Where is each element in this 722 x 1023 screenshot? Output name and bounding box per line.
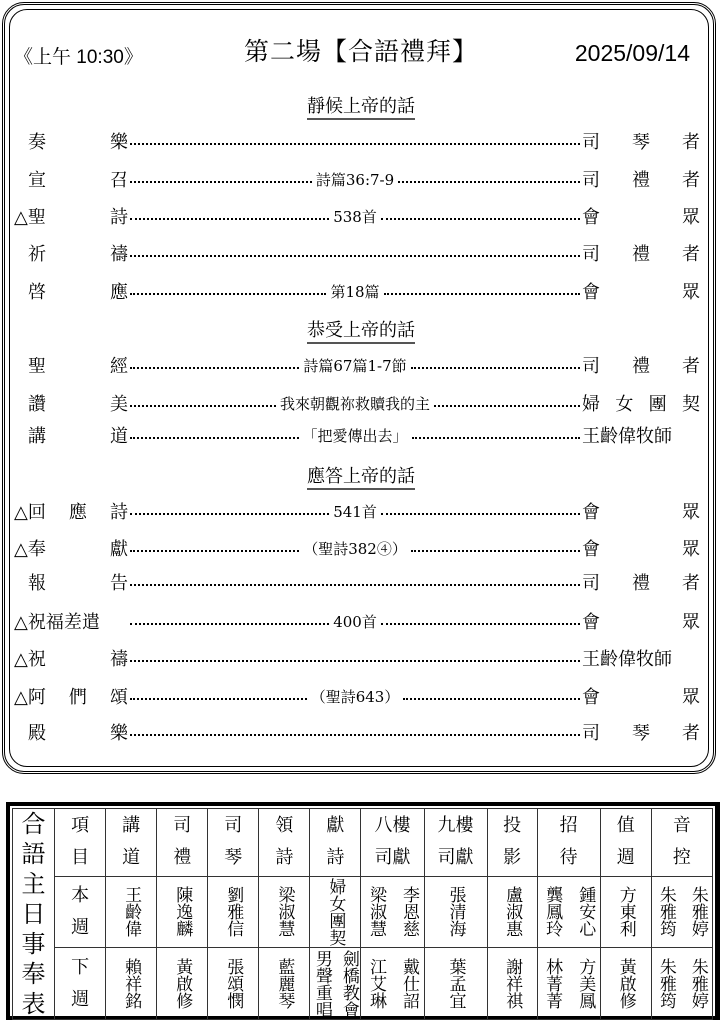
leader-char: 會 (582, 683, 600, 709)
program-item-detail: 541首 (329, 501, 381, 522)
program-row: △回應詩541首會眾 (14, 496, 700, 526)
program-row: 讚美我來朝觀祢救贖我的主婦女團契 (14, 388, 700, 418)
leader-char: 會 (582, 608, 600, 634)
person-name: 黃啟修 (173, 958, 191, 1009)
program-item-label: △阿們頌 (14, 683, 128, 709)
side-title-char: 奉 (13, 959, 54, 989)
leader-char: 眾 (682, 535, 700, 561)
leader-char: 司 (582, 569, 600, 595)
section-heading: 靜候上帝的話 (0, 92, 722, 118)
program-item-label: 聖經 (14, 352, 128, 378)
leader-char: 者 (682, 569, 700, 595)
roster-column-header: 招待 (537, 809, 600, 877)
roster-cell: 梁淑慧 (259, 876, 310, 948)
dot-leader (130, 728, 580, 736)
side-title-char: 合 (13, 809, 54, 839)
person-name: 盧淑惠 (503, 886, 521, 937)
leader-char: 契 (682, 390, 700, 416)
roster-cell: 鍾安心龔鳳玲 (537, 876, 600, 948)
label-char: 祈 (14, 240, 46, 266)
section-heading: 應答上帝的話 (0, 462, 722, 488)
person-name: 謝祥祺 (503, 958, 521, 1009)
program-row: 講道「把愛傳出去」王齡偉牧師 (14, 420, 700, 450)
roster-cell: 黃啟修 (157, 948, 208, 1020)
dot-leader: 我來朝觀祢救贖我的主 (130, 393, 580, 414)
person-name: 朱雅婷 (689, 958, 707, 1009)
program-item-leader: 會眾 (582, 608, 700, 634)
roster-week-label: 本週 (55, 876, 106, 948)
label-char: 報 (14, 569, 46, 595)
program-item-leader: 會眾 (582, 203, 700, 229)
program-item-leader: 婦女團契 (582, 390, 700, 416)
dot-leader (130, 249, 580, 257)
label-char: △祝福差遣 (14, 608, 100, 634)
label-char: 聖 (14, 352, 46, 378)
program-item-leader: 司禮者 (582, 166, 700, 192)
program-item-label: 祈禱 (14, 240, 128, 266)
roster-cell: 陳逸麟 (157, 876, 208, 948)
roster-week-label: 下週 (55, 948, 106, 1020)
dot-leader (130, 654, 580, 662)
duty-roster-table: 合語主日事奉表 項目講道司禮司琴領詩獻詩八樓司獻九樓司獻投影招待值週音控 本週王… (6, 802, 720, 1020)
person-name: 葉孟宜 (447, 958, 465, 1009)
leader-char: 司 (582, 719, 600, 745)
roster-column-header: 司琴 (208, 809, 259, 877)
dot-leader: 詩篇67篇1-7節 (130, 355, 580, 376)
program-row: △聖詩538首會眾 (14, 201, 700, 231)
program-item-label: △奉獻 (14, 535, 128, 561)
person-name: 方東利 (617, 886, 635, 937)
person-name: 婦女團契 (326, 878, 344, 946)
person-name: 男聲重唱 (313, 950, 331, 1018)
program-item-detail: 第18篇 (326, 281, 383, 302)
program-item-detail: （聖詩643） (307, 686, 404, 707)
leader-char: 會 (582, 498, 600, 524)
roster-cell: 張清海 (424, 876, 487, 948)
label-char: △聖 (14, 203, 46, 229)
program-item-label: 宣召 (14, 166, 128, 192)
leader-char: 司 (582, 166, 600, 192)
leader-char: 司 (582, 128, 600, 154)
roster-cell: 方美鳳林菁菁 (537, 948, 600, 1020)
label-char: 應 (110, 278, 128, 304)
label-char: 們 (69, 683, 87, 709)
program-item-label: 啓應 (14, 278, 128, 304)
roster-column-header: 八樓司獻 (361, 809, 424, 877)
roster-cell: 朱雅婷朱雅筠 (651, 948, 712, 1020)
leader-char: 王齡偉牧師 (582, 422, 672, 448)
label-char: 應 (69, 498, 87, 524)
leader-char: 眾 (682, 498, 700, 524)
program-row: 宣召詩篇36:7-9司禮者 (14, 164, 700, 194)
side-title-char: 表 (13, 989, 54, 1019)
program-item-label: 讚美 (14, 390, 128, 416)
label-char: 詩 (110, 203, 128, 229)
dot-leader (130, 137, 580, 145)
person-name: 李恩慈 (400, 886, 418, 937)
leader-char: 者 (682, 128, 700, 154)
label-char: 殿 (14, 719, 46, 745)
program-item-leader: 王齡偉牧師 (582, 422, 700, 448)
person-name: 梁淑慧 (275, 886, 293, 937)
program-item-detail: （聖詩382④） (299, 538, 411, 559)
dot-leader: 「把愛傳出去」 (130, 425, 580, 446)
label-char: 講 (14, 422, 46, 448)
leader-char: 禮 (632, 166, 650, 192)
section-heading-text: 應答上帝的話 (307, 466, 415, 490)
label-char: 啓 (14, 278, 46, 304)
leader-char: 眾 (682, 203, 700, 229)
roster-cell: 李恩慈梁淑慧 (361, 876, 424, 948)
person-name: 劉雅信 (224, 886, 242, 937)
person-name: 劍橋教會 (340, 950, 358, 1018)
leader-char: 王齡偉牧師 (582, 645, 672, 671)
leader-char: 琴 (632, 719, 650, 745)
roster-column-header: 領詩 (259, 809, 310, 877)
program-row: 啓應第18篇會眾 (14, 276, 700, 306)
label-char: 禱 (110, 645, 128, 671)
program-item-leader: 司琴者 (582, 128, 700, 154)
label-char: 宣 (14, 166, 46, 192)
leader-char: 者 (682, 166, 700, 192)
program-item-detail: 400首 (329, 611, 381, 632)
roster-column-header: 項目 (55, 809, 106, 877)
roster-row-next-week: 下週賴祥銘黃啟修張頌憫藍麗琴劍橋教會男聲重唱戴仕詔江艾琳葉孟宜謝祥祺方美鳳林菁菁… (13, 948, 713, 1020)
service-date: 2025/09/14 (575, 40, 690, 67)
program-item-leader: 會眾 (582, 683, 700, 709)
leader-char: 者 (682, 719, 700, 745)
program-item-leader: 王齡偉牧師 (582, 645, 700, 671)
program-row: △阿們頌（聖詩643）會眾 (14, 681, 700, 711)
roster-cell: 盧淑惠 (487, 876, 537, 948)
person-name: 張清海 (447, 886, 465, 937)
header: 《上午 10:30》 第二場【合語禮拜】 2025/09/14 (0, 30, 722, 80)
person-name: 張頌憫 (224, 958, 242, 1009)
roster-header-row: 合語主日事奉表 項目講道司禮司琴領詩獻詩八樓司獻九樓司獻投影招待值週音控 (13, 809, 713, 877)
roster-row-this-week: 本週王齡偉陳逸麟劉雅信梁淑慧婦女團契李恩慈梁淑慧張清海盧淑惠鍾安心龔鳳玲方東利朱… (13, 876, 713, 948)
roster-cell: 張頌憫 (208, 948, 259, 1020)
label-char: 道 (110, 422, 128, 448)
person-name: 朱雅筠 (657, 958, 675, 1009)
person-name: 王齡偉 (122, 886, 140, 937)
program-item-detail: 詩篇67篇1-7節 (299, 355, 410, 376)
roster-cell: 藍麗琴 (259, 948, 310, 1020)
program-item-detail: 詩篇36:7-9 (312, 169, 398, 190)
leader-char: 琴 (632, 128, 650, 154)
roster-column-header: 投影 (487, 809, 537, 877)
leader-char: 團 (649, 390, 667, 416)
program-row: 祈禱司禮者 (14, 238, 700, 268)
label-char: △奉 (14, 535, 46, 561)
label-char: △阿 (14, 683, 46, 709)
program-item-label: 報告 (14, 569, 128, 595)
roster-side-title: 合語主日事奉表 (13, 809, 55, 1020)
dot-leader: 第18篇 (130, 281, 580, 302)
leader-char: 眾 (682, 683, 700, 709)
leader-char: 女 (615, 390, 633, 416)
side-title-char: 事 (13, 929, 54, 959)
program-item-detail: 538首 (329, 206, 381, 227)
person-name: 梁淑慧 (367, 886, 385, 937)
person-name: 朱雅婷 (689, 886, 707, 937)
roster-cell: 葉孟宜 (424, 948, 487, 1020)
label-char: 經 (110, 352, 128, 378)
program-item-label: △祝禱 (14, 645, 128, 671)
program-item-detail: 我來朝觀祢救贖我的主 (276, 393, 434, 414)
person-name: 黃啟修 (617, 958, 635, 1009)
program-item-leader: 會眾 (582, 535, 700, 561)
person-name: 方美鳳 (576, 958, 594, 1009)
label-char: 召 (110, 166, 128, 192)
person-name: 龔鳳玲 (543, 886, 561, 937)
label-char: 奏 (14, 128, 46, 154)
roster-column-header: 講道 (106, 809, 157, 877)
roster-cell: 方東利 (600, 876, 651, 948)
person-name: 賴祥銘 (122, 958, 140, 1009)
leader-char: 禮 (632, 352, 650, 378)
leader-char: 司 (582, 240, 600, 266)
label-char: 頌 (110, 683, 128, 709)
dot-leader (130, 578, 580, 586)
person-name: 戴仕詔 (400, 958, 418, 1009)
program-item-leader: 會眾 (582, 278, 700, 304)
program-item-leader: 司禮者 (582, 569, 700, 595)
program-item-label: 殿樂 (14, 719, 128, 745)
dot-leader: 541首 (130, 501, 580, 522)
leader-char: 司 (582, 352, 600, 378)
roster-cell: 劍橋教會男聲重唱 (310, 948, 361, 1020)
leader-char: 者 (682, 352, 700, 378)
program-item-leader: 會眾 (582, 498, 700, 524)
program-item-label: 講道 (14, 422, 128, 448)
roster-cell: 黃啟修 (600, 948, 651, 1020)
program-row: 聖經詩篇67篇1-7節司禮者 (14, 350, 700, 380)
program-item-leader: 司禮者 (582, 352, 700, 378)
person-name: 江艾琳 (367, 958, 385, 1009)
person-name: 林菁菁 (543, 958, 561, 1009)
label-char: 獻 (110, 535, 128, 561)
program-row: 殿樂司琴者 (14, 717, 700, 747)
side-title-char: 主 (13, 869, 54, 899)
dot-leader: 538首 (130, 206, 580, 227)
person-name: 鍾安心 (576, 886, 594, 937)
leader-char: 禮 (632, 240, 650, 266)
label-char: △祝 (14, 645, 46, 671)
side-title-char: 語 (13, 839, 54, 869)
side-title-char: 日 (13, 899, 54, 929)
roster-cell: 賴祥銘 (106, 948, 157, 1020)
program-item-leader: 司禮者 (582, 240, 700, 266)
leader-char: 會 (582, 203, 600, 229)
leader-char: 眾 (682, 278, 700, 304)
program-row: △祝福差遣400首會眾 (14, 606, 700, 636)
label-char: 樂 (110, 128, 128, 154)
roster-cell: 劉雅信 (208, 876, 259, 948)
program-item-label: △回應詩 (14, 498, 128, 524)
dot-leader: （聖詩643） (130, 686, 580, 707)
program-row: △奉獻（聖詩382④）會眾 (14, 533, 700, 563)
roster-column-header: 九樓司獻 (424, 809, 487, 877)
dot-leader: （聖詩382④） (130, 538, 580, 559)
roster-column-header: 司禮 (157, 809, 208, 877)
program-row: 報告司禮者 (14, 567, 700, 597)
roster-column-header: 值週 (600, 809, 651, 877)
leader-char: 眾 (682, 608, 700, 634)
program-row: 奏樂司琴者 (14, 126, 700, 156)
label-char: 美 (110, 390, 128, 416)
program-item-leader: 司琴者 (582, 719, 700, 745)
program-item-detail: 「把愛傳出去」 (299, 425, 412, 446)
label-char: 讚 (14, 390, 46, 416)
section-heading: 恭受上帝的話 (0, 316, 722, 342)
roster-cell: 婦女團契 (310, 876, 361, 948)
leader-char: 者 (682, 240, 700, 266)
label-char: △回 (14, 498, 46, 524)
label-char: 樂 (110, 719, 128, 745)
person-name: 朱雅筠 (657, 886, 675, 937)
leader-char: 婦 (582, 390, 600, 416)
program-row: △祝禱王齡偉牧師 (14, 643, 700, 673)
section-heading-text: 靜候上帝的話 (307, 96, 415, 120)
person-name: 藍麗琴 (275, 958, 293, 1009)
person-name: 陳逸麟 (173, 886, 191, 937)
roster-cell: 戴仕詔江艾琳 (361, 948, 424, 1020)
roster-cell: 王齡偉 (106, 876, 157, 948)
roster-cell: 朱雅婷朱雅筠 (651, 876, 712, 948)
leader-char: 會 (582, 278, 600, 304)
dot-leader: 詩篇36:7-9 (130, 169, 580, 190)
label-char: 禱 (110, 240, 128, 266)
roster-cell: 謝祥祺 (487, 948, 537, 1020)
roster-column-header: 音控 (651, 809, 712, 877)
label-char: 詩 (110, 498, 128, 524)
dot-leader: 400首 (130, 611, 580, 632)
program-item-label: △聖詩 (14, 203, 128, 229)
leader-char: 會 (582, 535, 600, 561)
roster-column-header: 獻詩 (310, 809, 361, 877)
section-heading-text: 恭受上帝的話 (307, 320, 415, 344)
leader-char: 禮 (632, 569, 650, 595)
program-item-label: △祝福差遣 (14, 608, 128, 634)
program-item-label: 奏樂 (14, 128, 128, 154)
label-char: 告 (110, 569, 128, 595)
